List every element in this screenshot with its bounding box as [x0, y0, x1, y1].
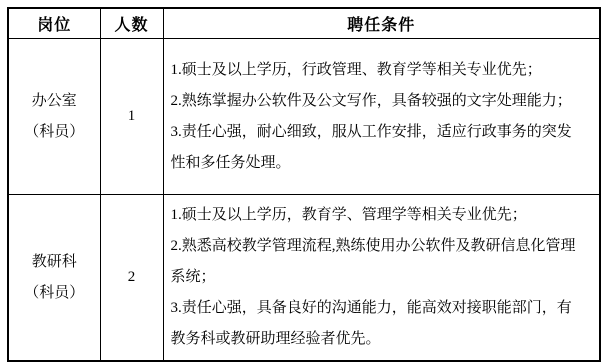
position-rank: （科员）	[9, 117, 100, 148]
position-name: 教研科	[9, 247, 100, 278]
headcount-cell: 2	[100, 195, 163, 362]
conditions-cell: 1.硕士及以上学历，行政管理、教育学等相关专业优先； 2.熟练掌握办公软件及公文…	[163, 39, 600, 195]
column-header-position: 岗位	[8, 8, 100, 39]
column-header-headcount: 人数	[100, 8, 163, 39]
condition-item: 1.硕士及以上学历，行政管理、教育学等相关专业优先；	[171, 55, 580, 86]
condition-item: 3.责任心强，耐心细致，服从工作安排，适应行政事务的突发性和多任务处理。	[171, 117, 580, 179]
column-header-conditions: 聘任条件	[163, 8, 600, 39]
conditions-cell: 1.硕士及以上学历，教育学、管理学等相关专业优先； 2.熟悉高校教学管理流程,熟…	[163, 195, 600, 362]
document-page: 岗位 人数 聘任条件 办公室 （科员） 1 1.硕士及以上学历，行政管理、教育学…	[0, 0, 605, 364]
position-rank: （科员）	[9, 278, 100, 309]
header-row: 岗位 人数 聘任条件	[8, 8, 600, 39]
table-row: 教研科 （科员） 2 1.硕士及以上学历，教育学、管理学等相关专业优先； 2.熟…	[8, 195, 600, 362]
condition-item: 1.硕士及以上学历，教育学、管理学等相关专业优先；	[171, 200, 580, 231]
condition-item: 3.责任心强，具备良好的沟通能力，能高效对接职能部门，有教务科或教研助理经验者优…	[171, 293, 580, 355]
headcount-cell: 1	[100, 39, 163, 195]
position-cell: 办公室 （科员）	[8, 39, 100, 195]
position-name: 办公室	[9, 86, 100, 117]
condition-item: 2.熟悉高校教学管理流程,熟练使用办公软件及教研信息化管理系统；	[171, 231, 580, 293]
condition-item: 2.熟练掌握办公软件及公文写作，具备较强的文字处理能力；	[171, 86, 580, 117]
table-row: 办公室 （科员） 1 1.硕士及以上学历，行政管理、教育学等相关专业优先； 2.…	[8, 39, 600, 195]
position-cell: 教研科 （科员）	[8, 195, 100, 362]
recruitment-table: 岗位 人数 聘任条件 办公室 （科员） 1 1.硕士及以上学历，行政管理、教育学…	[7, 7, 601, 362]
